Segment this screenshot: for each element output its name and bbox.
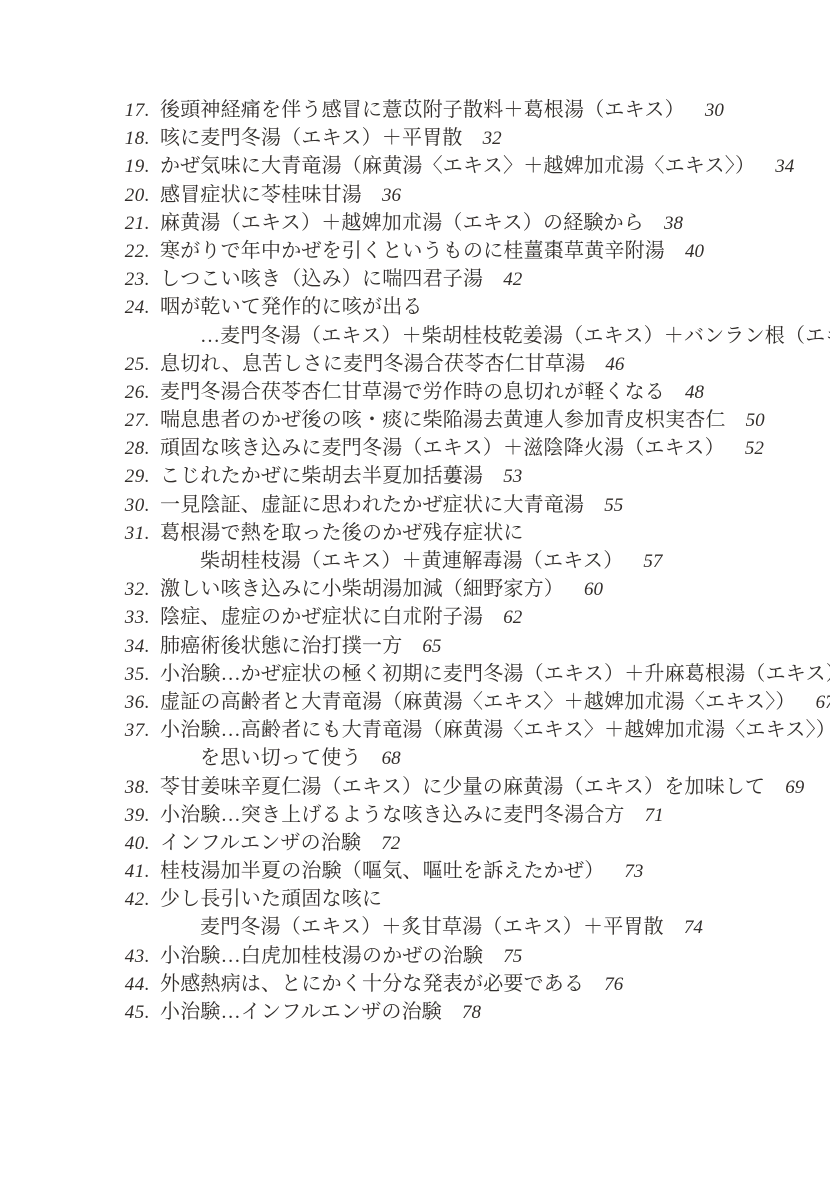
toc-item-page: 55 [604,492,623,520]
toc-item-title: 肺癌術後状態に治打撲一方 [160,632,402,660]
toc-item-number: 37. [0,717,150,745]
toc-item-title: 麦門冬湯合茯苓杏仁甘草湯で労作時の息切れが軽くなる [160,378,665,406]
toc-item-number: 39. [0,802,150,830]
toc-row: 34.肺癌術後状態に治打撲一方65 [0,632,830,660]
toc-row: 37.小治験…高齢者にも大青竜湯（麻黄湯〈エキス〉＋越婢加朮湯〈エキス〉） [0,716,830,744]
toc-item-title: 寒がりで年中かぜを引くというものに桂薑棗草黄辛附湯 [160,237,665,265]
toc-row: 30.一見陰証、虚証に思われたかぜ症状に大青竜湯55 [0,491,830,519]
toc-item-page: 68 [382,745,401,773]
toc-item-number: 41. [0,858,150,886]
book-page: 17.後頭神経痛を伴う感冒に薏苡附子散料＋葛根湯（エキス）3018.咳に麦門冬湯… [0,0,830,1178]
toc-item-page: 48 [685,379,704,407]
toc-row: 26.麦門冬湯合茯苓杏仁甘草湯で労作時の息切れが軽くなる48 [0,378,830,406]
toc-item-number: 44. [0,971,150,999]
toc-row: 40.インフルエンザの治験72 [0,829,830,857]
toc-item-page: 52 [745,435,764,463]
toc-row: 19.かぜ気味に大青竜湯（麻黄湯〈エキス〉＋越婢加朮湯〈エキス〉）34 [0,152,830,180]
toc-row: 42.少し長引いた頑固な咳に [0,885,830,913]
toc-item-page: 40 [685,238,704,266]
toc-row: 柴胡桂枝湯（エキス）＋黄連解毒湯（エキス）57 [0,547,830,575]
toc-item-number: 42. [0,886,150,914]
toc-item-page: 69 [785,774,804,802]
toc-row: 45.小治験…インフルエンザの治験78 [0,998,830,1026]
toc-item-number: 19. [0,153,150,181]
toc-item-title: 喘息患者のかぜ後の咳・痰に柴陥湯去黄連人参加青皮枳実杏仁 [160,406,726,434]
toc-item-number: 43. [0,943,150,971]
toc-item-title: 後頭神経痛を伴う感冒に薏苡附子散料＋葛根湯（エキス） [160,96,685,124]
toc-row: 43.小治験…白虎加桂枝湯のかぜの治験75 [0,942,830,970]
toc-row: 29.こじれたかぜに柴胡去半夏加括蔞湯53 [0,462,830,490]
toc-row: 27.喘息患者のかぜ後の咳・痰に柴陥湯去黄連人参加青皮枳実杏仁50 [0,406,830,434]
toc-item-page: 34 [775,153,794,181]
toc-item-number: 36. [0,689,150,717]
toc-item-title: 虚証の高齢者と大青竜湯（麻黄湯〈エキス〉＋越婢加朮湯〈エキス〉） [160,688,796,716]
toc-row: 21.麻黄湯（エキス）＋越婢加朮湯（エキス）の経験から38 [0,209,830,237]
toc-item-title: 息切れ、息苦しさに麦門冬湯合茯苓杏仁甘草湯 [160,350,585,378]
toc-row: 39.小治験…突き上げるような咳き込みに麦門冬湯合方71 [0,801,830,829]
toc-item-title: …麦門冬湯（エキス）＋柴胡桂枝乾姜湯（エキス）＋バンラン根（エキス） [200,322,830,350]
toc-item-page: 76 [604,971,623,999]
toc-row: 31.葛根湯で熱を取った後のかぜ残存症状に [0,519,830,547]
toc-item-page: 60 [584,576,603,604]
toc-row: 20.感冒症状に苓桂味甘湯36 [0,181,830,209]
toc-item-page: 78 [462,999,481,1027]
toc-item-number: 23. [0,266,150,294]
toc-item-number: 24. [0,294,150,322]
toc-item-title: 小治験…インフルエンザの治験 [160,998,442,1026]
toc-item-title: 柴胡桂枝湯（エキス）＋黄連解毒湯（エキス） [200,547,623,575]
toc-item-page: 42 [503,266,522,294]
toc-item-title: インフルエンザの治験 [160,829,361,857]
toc-item-page: 57 [643,548,662,576]
toc-item-title: 麦門冬湯（エキス）＋炙甘草湯（エキス）＋平胃散 [200,913,664,941]
toc-item-number: 40. [0,830,150,858]
toc-item-page: 32 [483,125,502,153]
toc-item-number: 28. [0,435,150,463]
toc-row: を思い切って使う68 [0,744,830,772]
toc-item-title: 小治験…突き上げるような咳き込みに麦門冬湯合方 [160,801,625,829]
toc-row: 44.外感熱病は、とにかく十分な発表が必要である76 [0,970,830,998]
toc-item-title: 一見陰証、虚証に思われたかぜ症状に大青竜湯 [160,491,584,519]
toc-item-title: 咳に麦門冬湯（エキス）＋平胃散 [160,124,463,152]
toc-item-title: 小治験…白虎加桂枝湯のかぜの治験 [160,942,483,970]
toc-item-page: 38 [664,210,683,238]
toc-item-page: 46 [605,351,624,379]
toc-item-title: 咽が乾いて発作的に咳が出る [160,293,423,321]
toc-item-number: 45. [0,999,150,1027]
toc-item-page: 72 [381,830,400,858]
toc-row: 33.陰症、虚症のかぜ症状に白朮附子湯62 [0,603,830,631]
toc-item-title: 外感熱病は、とにかく十分な発表が必要である [160,970,584,998]
toc-row: 28.頑固な咳き込みに麦門冬湯（エキス）＋滋陰降火湯（エキス）52 [0,434,830,462]
toc-item-number: 26. [0,379,150,407]
toc-item-page: 74 [684,914,703,942]
toc-item-title: こじれたかぜに柴胡去半夏加括蔞湯 [160,462,483,490]
toc-item-number: 20. [0,182,150,210]
toc-item-number: 38. [0,774,150,802]
toc-row: 25.息切れ、息苦しさに麦門冬湯合茯苓杏仁甘草湯46 [0,350,830,378]
toc-item-page: 50 [746,407,765,435]
toc-item-page: 75 [503,943,522,971]
toc-item-number: 21. [0,210,150,238]
toc-item-title: 激しい咳き込みに小柴胡湯加減（細野家方） [160,575,564,603]
toc-row: 36.虚証の高齢者と大青竜湯（麻黄湯〈エキス〉＋越婢加朮湯〈エキス〉）67 [0,688,830,716]
toc-item-page: 36 [382,182,401,210]
toc-row: 24.咽が乾いて発作的に咳が出る [0,293,830,321]
toc-item-number: 27. [0,407,150,435]
toc-item-number: 29. [0,463,150,491]
toc-item-title: 麻黄湯（エキス）＋越婢加朮湯（エキス）の経験から [160,209,644,237]
toc-item-title: 小治験…かぜ症状の極く初期に麦門冬湯（エキス）＋升麻葛根湯（エキス） [160,660,830,688]
toc-item-page: 73 [624,858,643,886]
toc-item-number: 34. [0,633,150,661]
toc-item-title: 桂枝湯加半夏の治験（嘔気、嘔吐を訴えたかぜ） [160,857,604,885]
toc-item-number: 17. [0,97,150,125]
toc-row: 麦門冬湯（エキス）＋炙甘草湯（エキス）＋平胃散74 [0,913,830,941]
toc-item-title: 少し長引いた頑固な咳に [160,885,382,913]
toc-row: 23.しつこい咳き（込み）に喘四君子湯42 [0,265,830,293]
toc-item-number: 22. [0,238,150,266]
toc-item-page: 53 [503,463,522,491]
toc-item-number: 33. [0,604,150,632]
toc-item-title: 葛根湯で熱を取った後のかぜ残存症状に [160,519,524,547]
toc-row: 32.激しい咳き込みに小柴胡湯加減（細野家方）60 [0,575,830,603]
toc-item-page: 62 [503,604,522,632]
toc-item-title: 苓甘姜味辛夏仁湯（エキス）に少量の麻黄湯（エキス）を加味して [160,773,765,801]
toc-item-number: 35. [0,661,150,689]
toc-row: 18.咳に麦門冬湯（エキス）＋平胃散32 [0,124,830,152]
toc-row: …麦門冬湯（エキス）＋柴胡桂枝乾姜湯（エキス）＋バンラン根（エキス）44 [0,322,830,350]
toc-item-page: 67 [816,689,830,717]
toc-row: 22.寒がりで年中かぜを引くというものに桂薑棗草黄辛附湯40 [0,237,830,265]
toc-item-page: 30 [705,97,724,125]
toc-item-page: 71 [645,802,664,830]
toc-item-title: しつこい咳き（込み）に喘四君子湯 [160,265,483,293]
toc-item-title: 頑固な咳き込みに麦門冬湯（エキス）＋滋陰降火湯（エキス） [160,434,725,462]
toc-row: 41.桂枝湯加半夏の治験（嘔気、嘔吐を訴えたかぜ）73 [0,857,830,885]
toc-item-title: 感冒症状に苓桂味甘湯 [160,181,362,209]
toc-item-number: 30. [0,492,150,520]
toc-item-title: を思い切って使う [200,744,362,772]
toc-row: 17.後頭神経痛を伴う感冒に薏苡附子散料＋葛根湯（エキス）30 [0,96,830,124]
toc-item-title: 陰症、虚症のかぜ症状に白朮附子湯 [160,603,483,631]
toc-row: 38.苓甘姜味辛夏仁湯（エキス）に少量の麻黄湯（エキス）を加味して69 [0,773,830,801]
toc-item-page: 65 [422,633,441,661]
toc-row: 35.小治験…かぜ症状の極く初期に麦門冬湯（エキス）＋升麻葛根湯（エキス）66 [0,660,830,688]
toc-item-number: 18. [0,125,150,153]
toc-list: 17.後頭神経痛を伴う感冒に薏苡附子散料＋葛根湯（エキス）3018.咳に麦門冬湯… [0,96,830,1026]
toc-item-number: 32. [0,576,150,604]
toc-item-number: 31. [0,520,150,548]
toc-item-title: かぜ気味に大青竜湯（麻黄湯〈エキス〉＋越婢加朮湯〈エキス〉） [160,152,755,180]
toc-item-title: 小治験…高齢者にも大青竜湯（麻黄湯〈エキス〉＋越婢加朮湯〈エキス〉） [160,716,830,744]
toc-item-number: 25. [0,351,150,379]
